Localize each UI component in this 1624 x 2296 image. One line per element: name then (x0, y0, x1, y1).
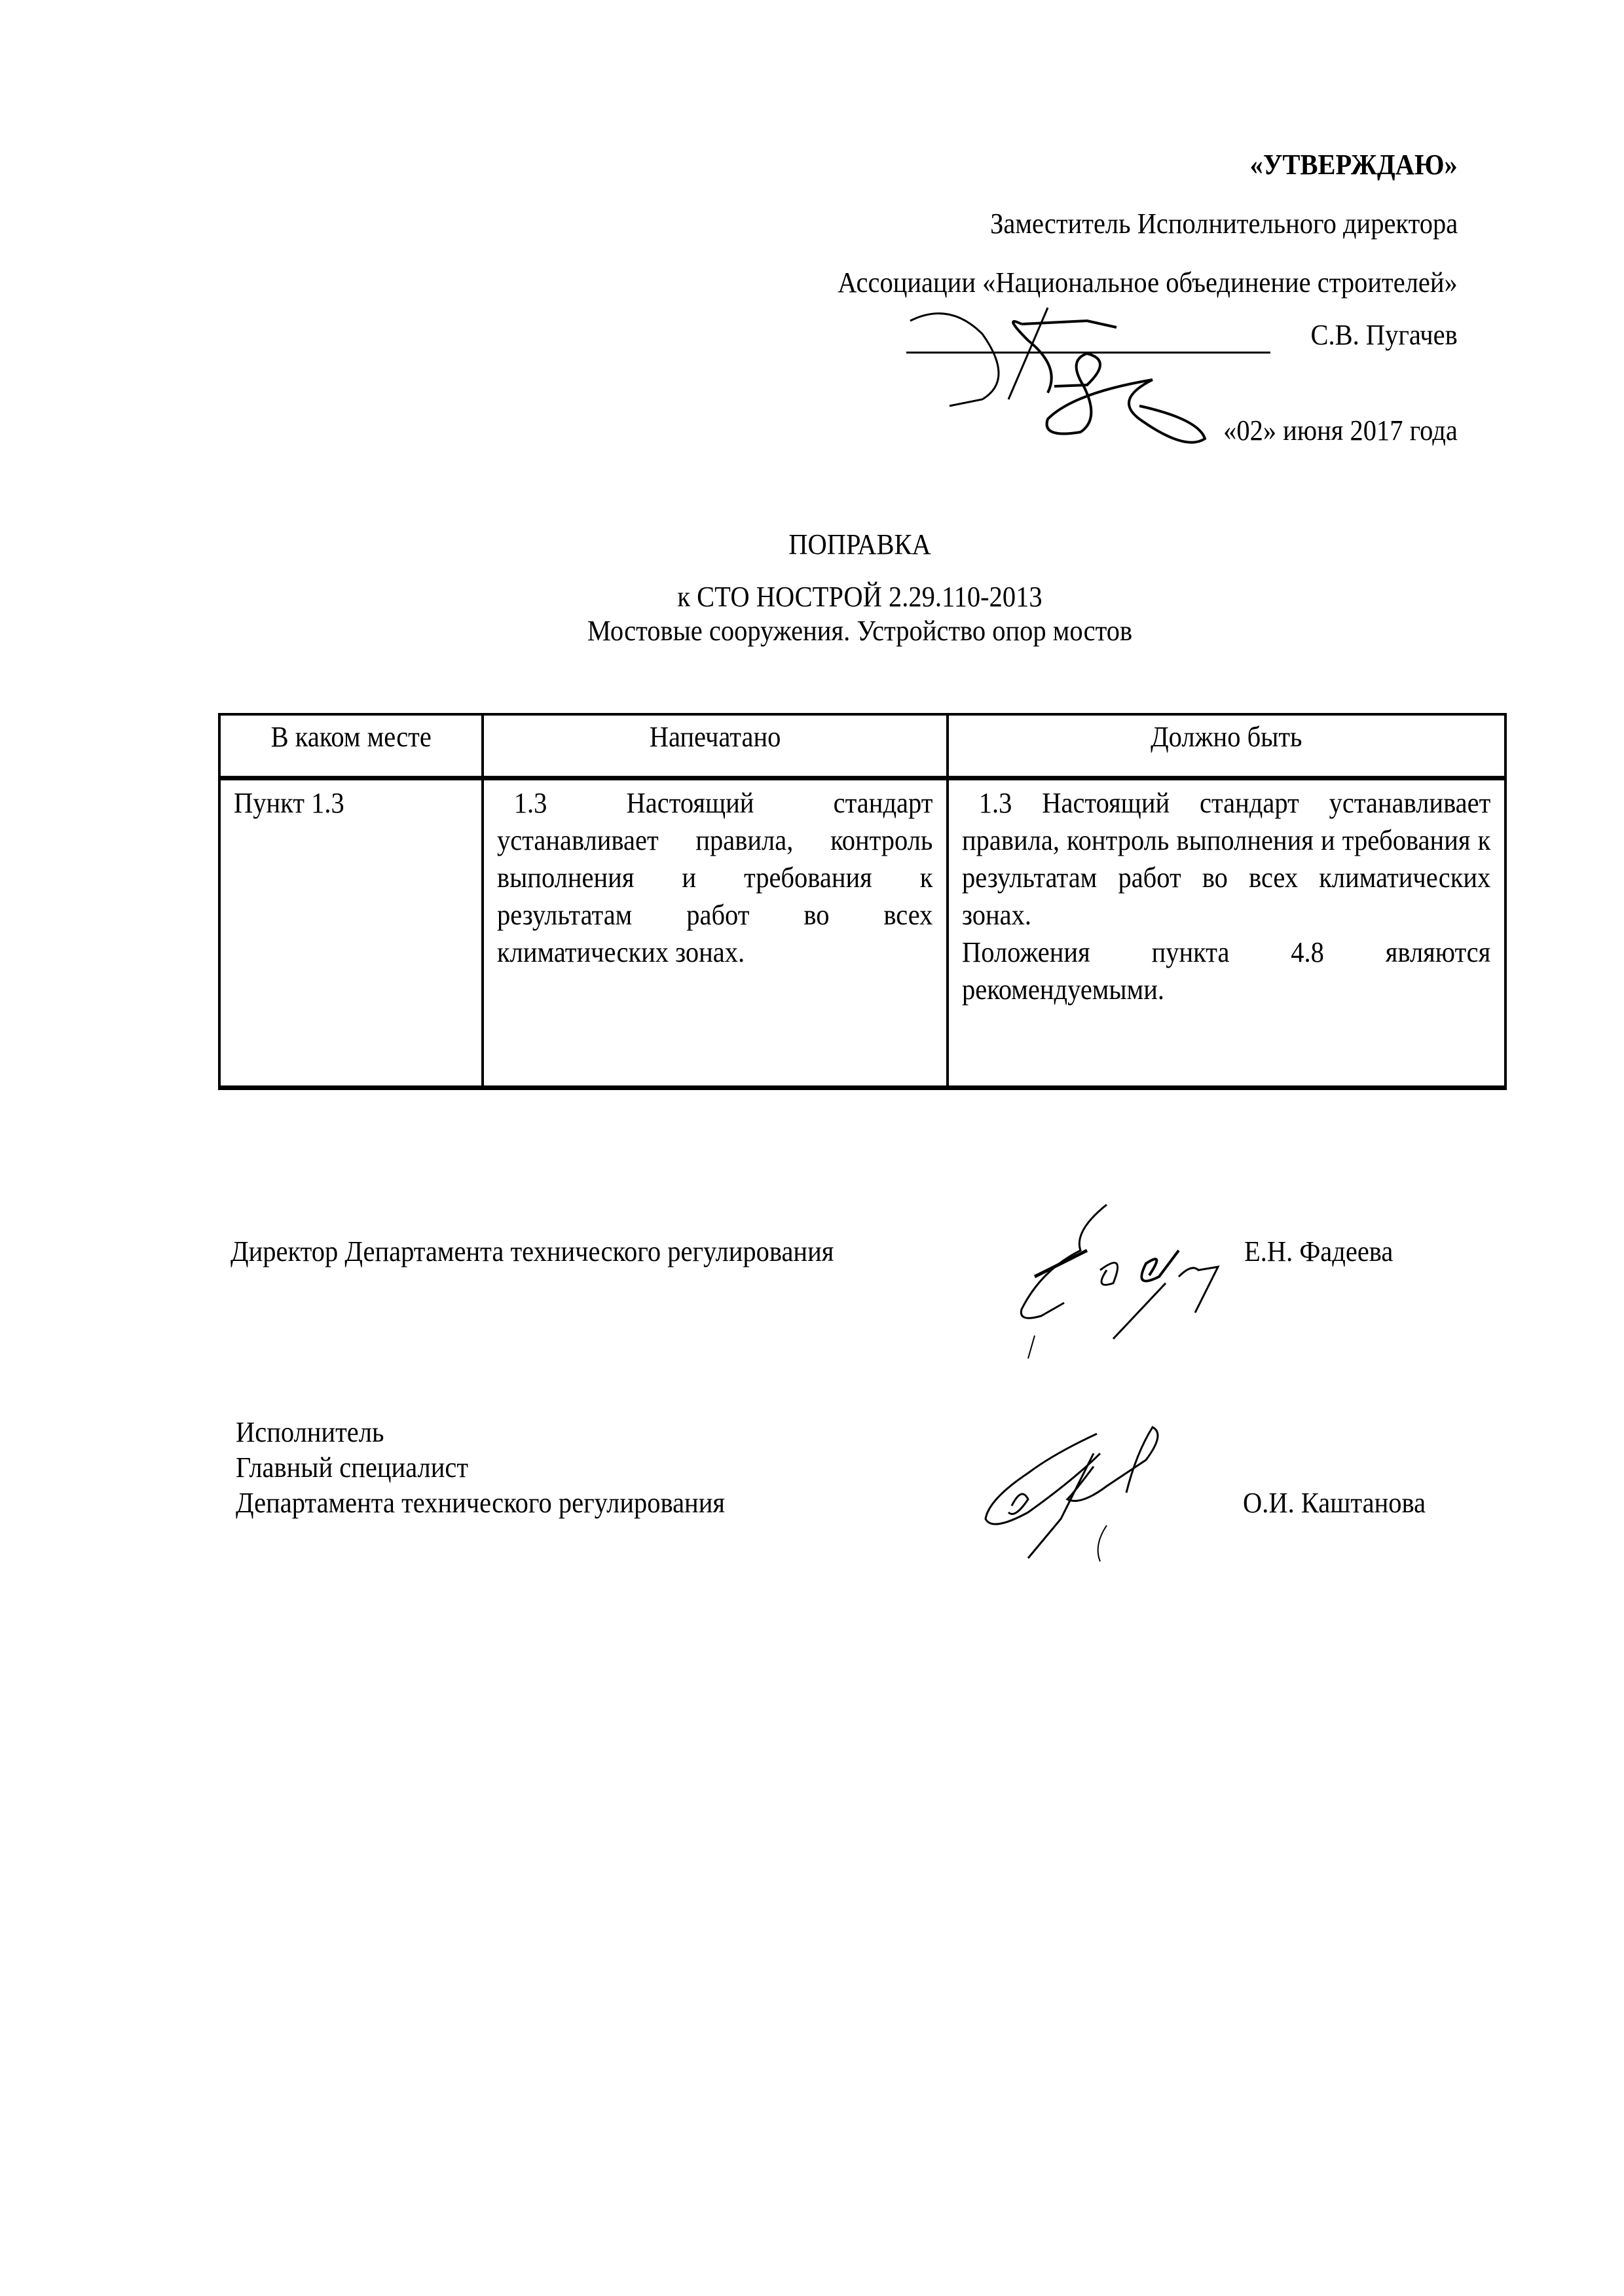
executor-signature-icon (976, 1414, 1172, 1571)
document-subtitle-standard: к СТО НОСТРОЙ 2.29.110-2013 (69, 580, 1624, 614)
column-header-printed: Напечатано (483, 714, 948, 778)
approver-signature-icon (891, 288, 1283, 432)
executor-title: Главный специалист (236, 1451, 468, 1485)
column-header-location: В каком месте (219, 714, 483, 778)
executor-label: Исполнитель (236, 1415, 384, 1449)
should-be-paragraph-2: Положения пункта 4.8 являются рекомендуе… (962, 934, 1490, 1008)
cell-should-be: 1.3 Настоящий стандарт устанавливает пра… (948, 778, 1505, 1088)
approval-title: «УТВЕРЖДАЮ» (1250, 148, 1458, 182)
document-title: ПОПРАВКА (69, 528, 1624, 562)
executor-name: О.И. Каштанова (1243, 1486, 1426, 1520)
document-subtitle-name: Мостовые сооружения. Устройство опор мос… (69, 614, 1624, 648)
corrections-table: В каком месте Напечатано Должно быть Пун… (218, 713, 1507, 1090)
column-header-should-be: Должно быть (948, 714, 1505, 778)
cell-printed: 1.3 Настоящий стандарт устанавливает пра… (483, 778, 948, 1088)
director-position: Директор Департамента технического регул… (231, 1235, 834, 1269)
director-name: Е.Н. Фадеева (1244, 1235, 1393, 1269)
approver-position: Заместитель Исполнительного директора (990, 207, 1458, 241)
should-be-paragraph-1: 1.3 Настоящий стандарт устанавливает пра… (962, 784, 1490, 934)
director-signature-icon (1002, 1198, 1225, 1362)
table-header-row: В каком месте Напечатано Должно быть (219, 714, 1505, 778)
approver-name: С.В. Пугачев (1311, 318, 1458, 352)
cell-location: Пункт 1.3 (219, 778, 483, 1088)
executor-department: Департамента технического регулирования (236, 1486, 725, 1520)
table-row: Пункт 1.3 1.3 Настоящий стандарт устанав… (219, 778, 1505, 1088)
